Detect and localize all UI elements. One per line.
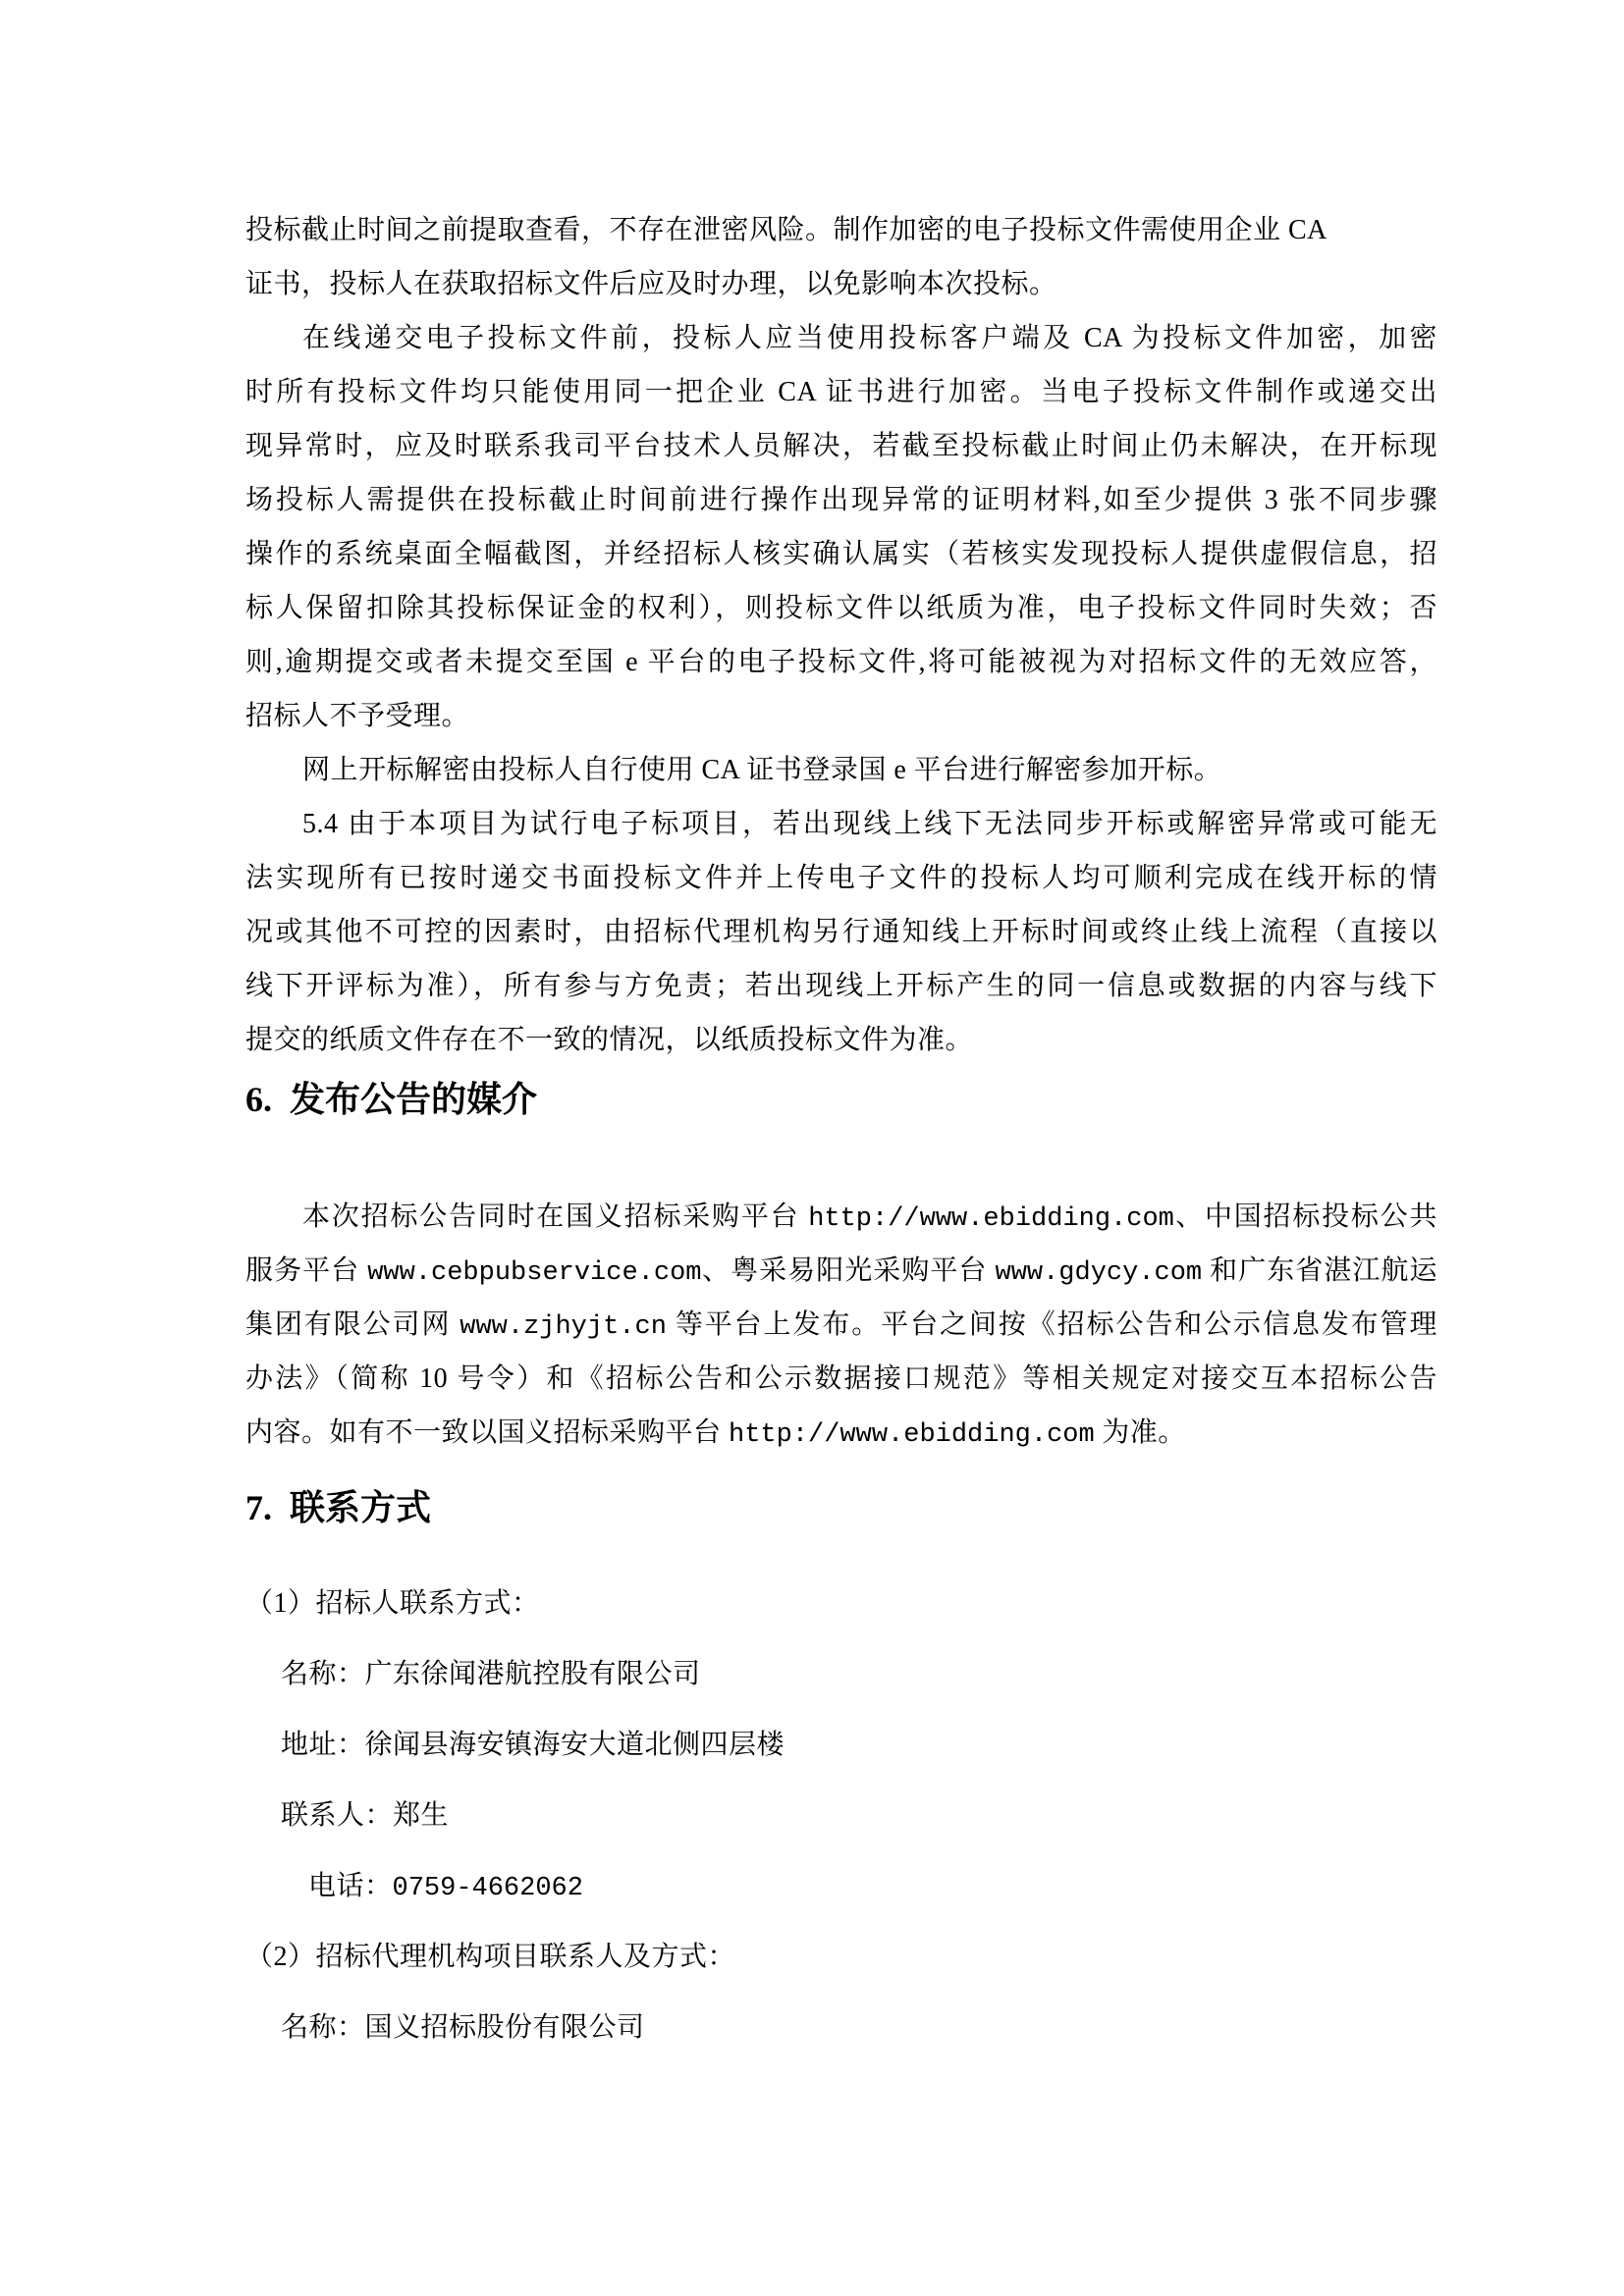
section-title: 联系方式 <box>290 1487 431 1527</box>
body-line: 集团有限公司网 www.zjhyjt.cn 等平台上发布。平台之间按《招标公告和… <box>245 1298 1437 1352</box>
contact-line-agency-name: 名称：国义招标股份有限公司 <box>245 1993 1437 2063</box>
body-line: 办法》（简称 10 号令）和《招标公告和公示数据接口规范》等相关规定对接交互本招… <box>245 1352 1437 1406</box>
contact-line-tenderer-person: 联系人：郑生 <box>245 1781 1437 1851</box>
contact-line-agency-header: （2）招标代理机构项目联系人及方式： <box>245 1922 1437 1993</box>
body-line: 服务平台 www.cebpubservice.com、粤采易阳光采购平台 www… <box>245 1244 1437 1298</box>
body-line: 则,逾期提交或者未提交至国 e 平台的电子投标文件,将可能被视为对招标文件的无效… <box>245 635 1437 689</box>
contact-line-tenderer-header: （1）招标人联系方式： <box>245 1569 1437 1639</box>
body-line: 时所有投标文件均只能使用同一把企业 CA 证书进行加密。当电子投标文件制作或递交… <box>245 365 1437 419</box>
document-page: 投标截止时间之前提取查看，不存在泄密风险。制作加密的电子投标文件需使用企业 CA… <box>0 0 1624 2296</box>
section-heading-media: 6.发布公告的媒介 <box>245 1067 1437 1132</box>
body-line: 场投标人需提供在投标截止时间前进行操作出现异常的证明材料,如至少提供 3 张不同… <box>245 473 1437 527</box>
body-line: 操作的系统桌面全幅截图，并经招标人核实确认属实（若核实发现投标人提供虚假信息，招 <box>245 527 1437 581</box>
section-number: 6. <box>245 1080 272 1119</box>
body-line: 证书，投标人在获取招标文件后应及时办理，以免影响本次投标。 <box>245 257 1437 311</box>
body-line: 网上开标解密由投标人自行使用 CA 证书登录国 e 平台进行解密参加开标。 <box>245 743 1437 797</box>
section-title: 发布公告的媒介 <box>290 1079 537 1119</box>
document-content: 投标截止时间之前提取查看，不存在泄密风险。制作加密的电子投标文件需使用企业 CA… <box>245 203 1437 2063</box>
body-line: 提交的纸质文件存在不一致的情况，以纸质投标文件为准。 <box>245 1013 1437 1067</box>
body-line: 况或其他不可控的因素时，由招标代理机构另行通知线上开标时间或终止线上流程（直接以 <box>245 905 1437 959</box>
body-line: 标人保留扣除其投标保证金的权利），则投标文件以纸质为准，电子投标文件同时失效；否 <box>245 581 1437 635</box>
paragraph: 5.4 由于本项目为试行电子标项目，若出现线上线下无法同步开标或解密异常或可能无… <box>245 797 1437 1067</box>
body-line: 线下开评标为准），所有参与方免责；若出现线上开标产生的同一信息或数据的内容与线下 <box>245 959 1437 1013</box>
contact-block: （1）招标人联系方式： 名称：广东徐闻港航控股有限公司 地址：徐闻县海安镇海安大… <box>245 1569 1437 2063</box>
body-line: 5.4 由于本项目为试行电子标项目，若出现线上线下无法同步开标或解密异常或可能无 <box>245 797 1437 851</box>
body-line: 本次招标公告同时在国义招标采购平台 http://www.ebidding.co… <box>245 1190 1437 1244</box>
contact-line-tenderer-name: 名称：广东徐闻港航控股有限公司 <box>245 1639 1437 1710</box>
body-line: 现异常时，应及时联系我司平台技术人员解决，若截至投标截止时间止仍未解决，在开标现 <box>245 419 1437 473</box>
body-line: 内容。如有不一致以国义招标采购平台 http://www.ebidding.co… <box>245 1406 1437 1460</box>
section-number: 7. <box>245 1488 272 1527</box>
paragraph: 本次招标公告同时在国义招标采购平台 http://www.ebidding.co… <box>245 1190 1437 1460</box>
contact-line-tenderer-phone: 电话：0759-4662062 <box>245 1851 1437 1922</box>
body-line: 法实现所有已按时递交书面投标文件并上传电子文件的投标人均可顺利完成在线开标的情 <box>245 851 1437 905</box>
body-line: 投标截止时间之前提取查看，不存在泄密风险。制作加密的电子投标文件需使用企业 CA <box>245 203 1437 257</box>
paragraph: 在线递交电子投标文件前，投标人应当使用投标客户端及 CA 为投标文件加密，加密 … <box>245 311 1437 743</box>
body-line: 在线递交电子投标文件前，投标人应当使用投标客户端及 CA 为投标文件加密，加密 <box>245 311 1437 365</box>
paragraph: 投标截止时间之前提取查看，不存在泄密风险。制作加密的电子投标文件需使用企业 CA… <box>245 203 1437 311</box>
section-heading-contact: 7.联系方式 <box>245 1475 1437 1540</box>
paragraph: 网上开标解密由投标人自行使用 CA 证书登录国 e 平台进行解密参加开标。 <box>245 743 1437 797</box>
contact-line-tenderer-address: 地址：徐闻县海安镇海安大道北侧四层楼 <box>245 1710 1437 1781</box>
body-line: 招标人不予受理。 <box>245 689 1437 743</box>
